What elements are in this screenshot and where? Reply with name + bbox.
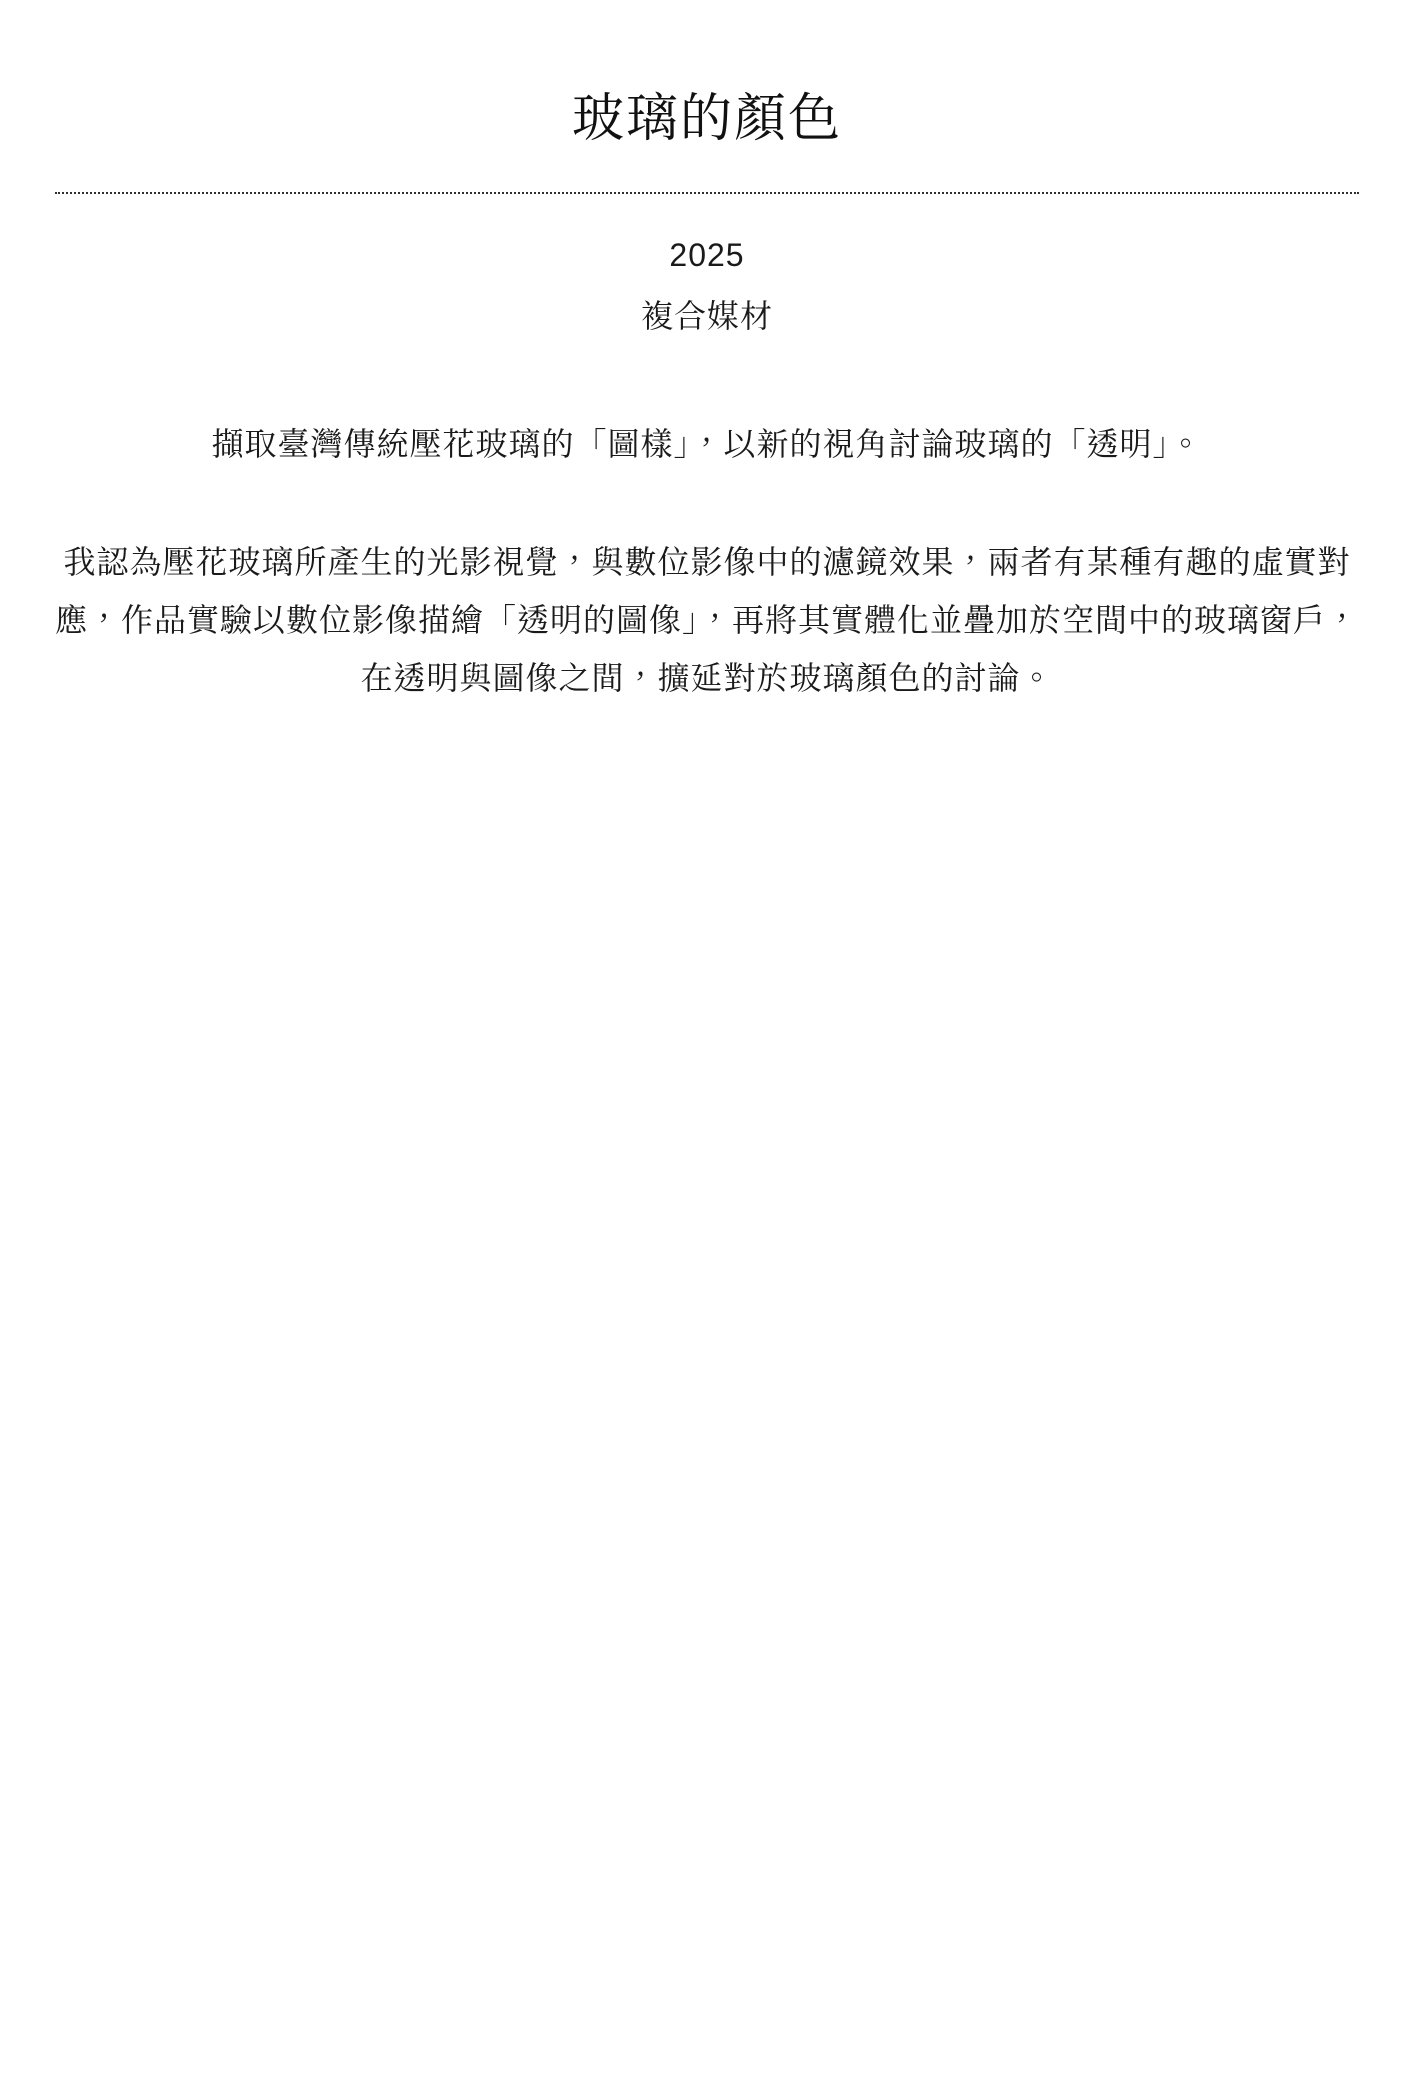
description-paragraph-1: 擷取臺灣傳統壓花玻璃的「圖樣」，以新的視角討論玻璃的「透明」。 [55, 415, 1359, 473]
artwork-medium: 複合媒材 [55, 286, 1359, 347]
artwork-year: 2025 [55, 225, 1359, 286]
page-title: 玻璃的顏色 [55, 88, 1359, 152]
description-paragraph-2: 我認為壓花玻璃所產生的光影視覺，與數位影像中的濾鏡效果，兩者有某種有趣的虛實對應… [55, 533, 1359, 707]
artwork-meta: 2025 複合媒材 [55, 225, 1359, 347]
artwork-description-page: 玻璃的顏色 2025 複合媒材 擷取臺灣傳統壓花玻璃的「圖樣」，以新的視角討論玻… [55, 88, 1359, 707]
dotted-divider [55, 192, 1359, 194]
